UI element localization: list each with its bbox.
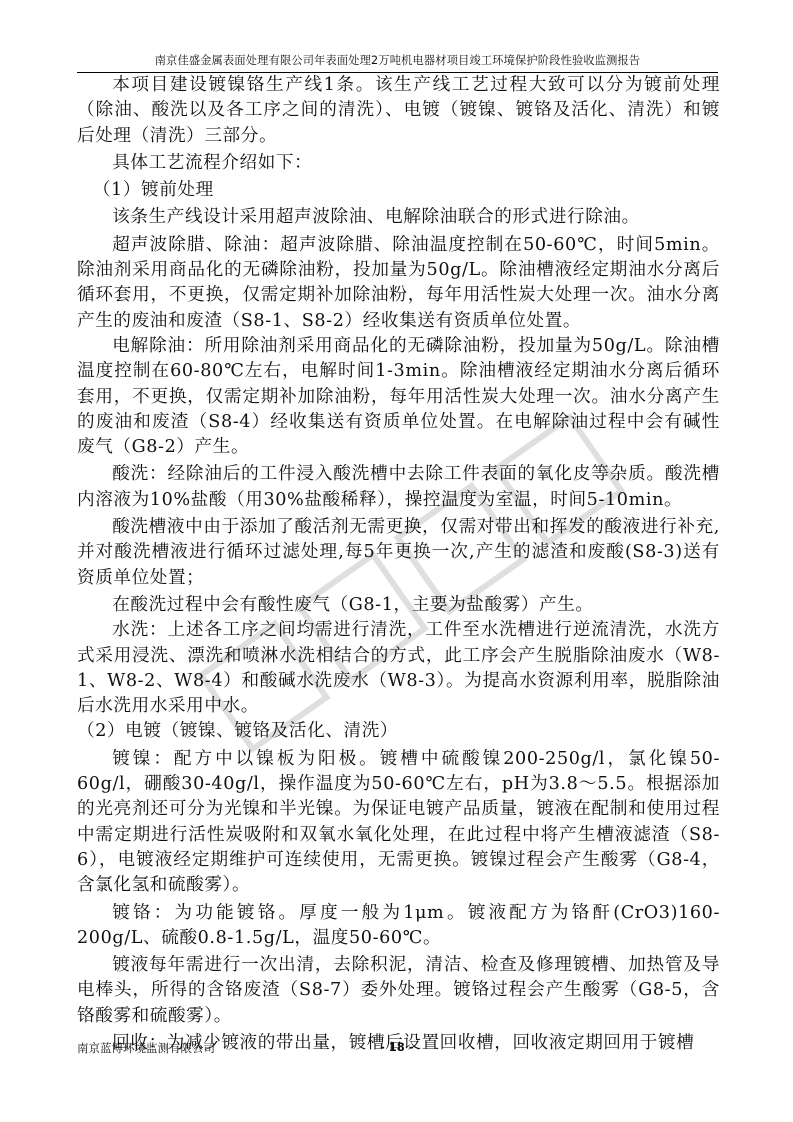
report-title: 南京佳盛金属表面处理有限公司年表面处理2万吨机电器材项目竣工环境保护阶段性验收监… <box>155 54 641 67</box>
paragraph-water-rinse: 水洗：上述各工序之间均需进行清洗，工件至水洗槽进行逆流清洗，水洗方式采用浸洗、漂… <box>77 618 720 719</box>
paragraph-ultrasonic-degreasing: 超声波除腊、除油：超声波除腊、除油温度控制在50-60℃，时间5min。除油剂采… <box>77 233 720 334</box>
page-number: - 18 - <box>380 1040 414 1054</box>
section-heading-pretreatment: （1）镀前处理 <box>77 178 720 203</box>
paragraph-process-intro: 具体工艺流程介绍如下： <box>77 151 720 176</box>
paragraph-pickling-tank: 酸洗槽液中由于添加了酸活剂无需更换，仅需对带出和挥发的酸液进行补充,并对酸洗槽液… <box>77 515 720 591</box>
footer-company: 南京蓝博环境监测有限公司 <box>77 1040 215 1056</box>
paragraph-bath-cleaning: 镀液每年需进行一次出清，去除积泥，清洁、检查及修理镀槽、加热管及导电棒头，所得的… <box>77 953 720 1029</box>
paragraph-intro: 本项目建设镀镍铬生产线1条。该生产线工艺过程大致可以分为镀前处理（除油、酸洗以及… <box>77 73 720 149</box>
paragraph-degreasing-overview: 该条生产线设计采用超声波除油、电解除油联合的形式进行除油。 <box>77 205 720 230</box>
section-heading-electroplating: （2）电镀（镀镍、镀铬及活化、清洗） <box>77 719 720 744</box>
page-footer: 南京蓝博环境监测有限公司 - 18 - <box>77 1040 718 1058</box>
page-header: 南京佳盛金属表面处理有限公司年表面处理2万吨机电器材项目竣工环境保护阶段性验收监… <box>77 52 718 73</box>
paragraph-chrome-plating: 镀铬：为功能镀铬。厚度一般为1μm。镀液配方为铬酐(CrO3)160-200g/… <box>77 901 720 952</box>
paragraph-pickling-gas: 在酸洗过程中会有酸性废气（G8-1，主要为盐酸雾）产生。 <box>77 593 720 618</box>
paragraph-pickling: 酸洗：经除油后的工件浸入酸洗槽中去除工件表面的氧化皮等杂质。酸洗槽内溶液为10%… <box>77 462 720 513</box>
paragraph-nickel-plating: 镀镍：配方中以镍板为阳极。镀槽中硫酸镍200-250g/l，氯化镍50-60g/… <box>77 747 720 899</box>
paragraph-electrolytic-degreasing: 电解除油：所用除油剂采用商品化的无磷除油粉，投加量为50g/L。除油槽温度控制在… <box>77 334 720 460</box>
document-body: 本项目建设镀镍铬生产线1条。该生产线工艺过程大致可以分为镀前处理（除油、酸洗以及… <box>77 73 720 1056</box>
